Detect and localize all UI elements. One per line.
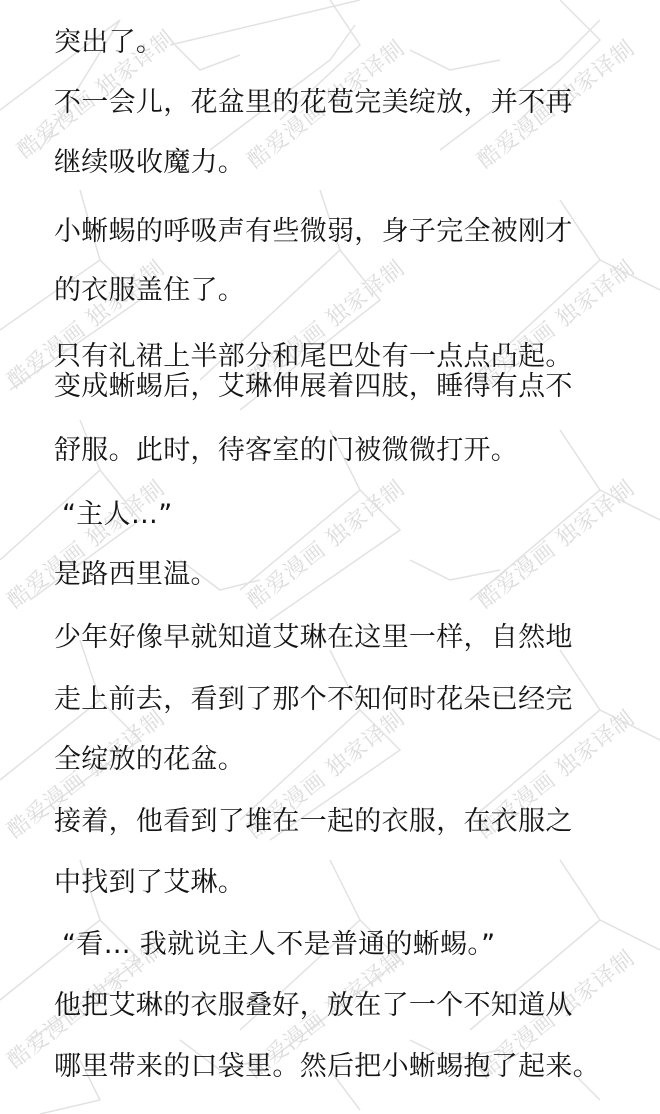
text-line: 是路西里温。 (54, 559, 218, 591)
text-line: 舒服。此时，待客室的门被微微打开。 (54, 435, 518, 467)
text-line: 继续吸收魔力。 (54, 147, 245, 179)
text-line: 突出了。 (54, 27, 163, 59)
text-line: 变成蜥蜴后，艾琳伸展着四肢，睡得有点不 (54, 371, 573, 403)
dialogue-line: “看… 我就说主人不是普通的蜥蜴。” (62, 929, 495, 961)
text-line: 少年好像早就知道艾琳在这里一样，自然地 (54, 622, 573, 654)
text-line: 接着，他看到了堆在一起的衣服，在衣服之 (54, 806, 573, 838)
story-text: 突出了。 不一会儿，花盆里的花苞完美绽放，并不再 继续吸收魔力。 小蜥蜴的呼吸声… (0, 0, 660, 1114)
text-line: 中找到了艾琳。 (54, 867, 245, 899)
text-line: 只有礼裙上半部分和尾巴处有一点点凸起。 (54, 341, 573, 373)
dialogue-line: “主人…” (62, 499, 172, 531)
document-page: 酷爱漫画 独家译制 酷爱漫画 独家译制 酷爱漫画 独家译制 酷爱漫画 独家译制 … (0, 0, 660, 1114)
text-line: 哪里带来的口袋里。然后把小蜥蜴抱了起来。 (54, 1051, 600, 1083)
text-line: 的衣服盖住了。 (54, 275, 245, 307)
text-line: 小蜥蜴的呼吸声有些微弱，身子完全被刚才 (54, 216, 573, 248)
text-line: 全绽放的花盆。 (54, 744, 245, 776)
text-line: 他把艾琳的衣服叠好，放在了一个不知道从 (54, 990, 573, 1022)
text-line: 走上前去，看到了那个不知何时花朵已经完 (54, 684, 573, 716)
text-line: 不一会儿，花盆里的花苞完美绽放，并不再 (54, 87, 573, 119)
